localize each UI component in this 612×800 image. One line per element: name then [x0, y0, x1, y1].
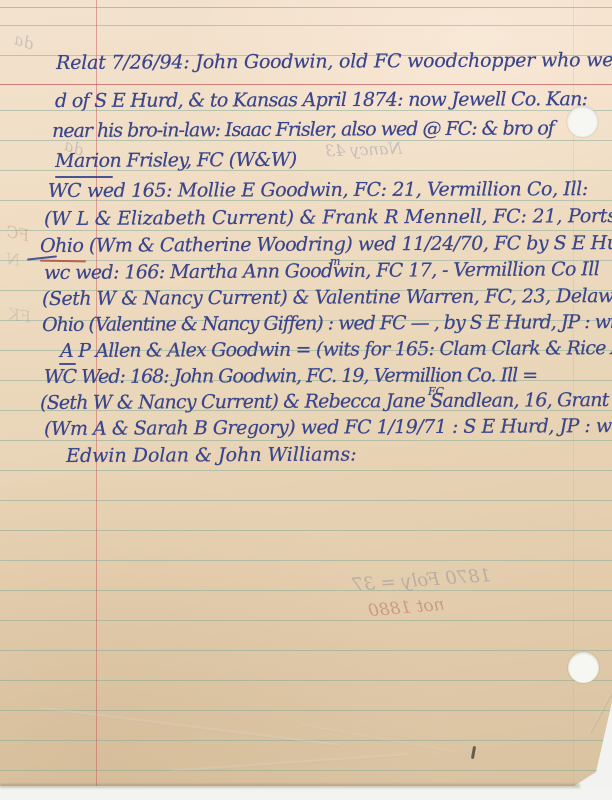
- handwritten-line-15: Edwin Dolan & John Williams:: [66, 444, 357, 466]
- red-top-rule: [0, 7, 612, 8]
- handwritten-line-5: WC wed 165: Mollie E Goodwin, FC: 21, Ve…: [48, 179, 588, 202]
- underline-a: [59, 363, 76, 365]
- handwritten-line-11: A P Allen & Alex Goodwin = (wits for 165…: [60, 338, 612, 362]
- handwritten-line-13: (Seth W & Nancy Current) & Rebecca Jane …: [40, 390, 612, 414]
- paper-edge-shadow: [0, 784, 580, 788]
- handwritten-line-7: Ohio (Wm & Catherine Woodring) wed 11/24…: [40, 233, 612, 257]
- handwritten-line-4: Marion Frisley, FC (W&W): [55, 150, 297, 172]
- bleed-through-mark: FC: [5, 224, 31, 245]
- handwritten-line-6: (W L & Elizabeth Current) & Frank R Menn…: [44, 206, 612, 230]
- superscript-note: m: [330, 256, 340, 267]
- handwritten-line-1: Relat 7/26/94: John Goodwin, old FC wood…: [56, 50, 612, 74]
- handwritten-line-9: (Seth W & Nancy Current) & Valentine War…: [42, 286, 612, 310]
- bleed-through-mark: N: [5, 251, 21, 269]
- handwritten-line-8: wc wed: 166: Martha Ann Goodwin, FC 17, …: [44, 259, 599, 284]
- handwritten-line-14: (Wm A & Sarah B Gregory) wed FC 1/19/71 …: [44, 416, 612, 440]
- superscript-fc: FC: [428, 386, 444, 397]
- scanned-notebook-page: da da Nancy 43 FC N FK 1870 Foly = 37 no…: [0, 0, 612, 800]
- bleed-through-mark: da: [12, 31, 36, 52]
- ledger-paper: da da Nancy 43 FC N FK 1870 Foly = 37 no…: [0, 0, 612, 786]
- handwritten-line-10: Ohio (Valentine & Nancy Giffen) : wed FC…: [42, 312, 612, 336]
- bleed-through-text: Nancy 43: [325, 141, 403, 160]
- punch-hole-bottom: [568, 652, 599, 683]
- punch-hole-top: [567, 106, 598, 137]
- bleed-through-mark: FK: [7, 306, 32, 326]
- scanner-background-strip: [0, 786, 612, 800]
- underline-marion: [55, 176, 113, 178]
- ruled-line: [0, 25, 612, 26]
- handwritten-line-12: WC Wed: 168: John Goodwin, FC. 19, Vermi…: [44, 365, 537, 388]
- red-header-rule: [0, 84, 612, 85]
- handwritten-line-3: near his bro-in-law: Isaac Frisler, also…: [52, 118, 554, 142]
- handwritten-line-2: d of S E Hurd, & to Kansas April 1874: n…: [55, 89, 587, 112]
